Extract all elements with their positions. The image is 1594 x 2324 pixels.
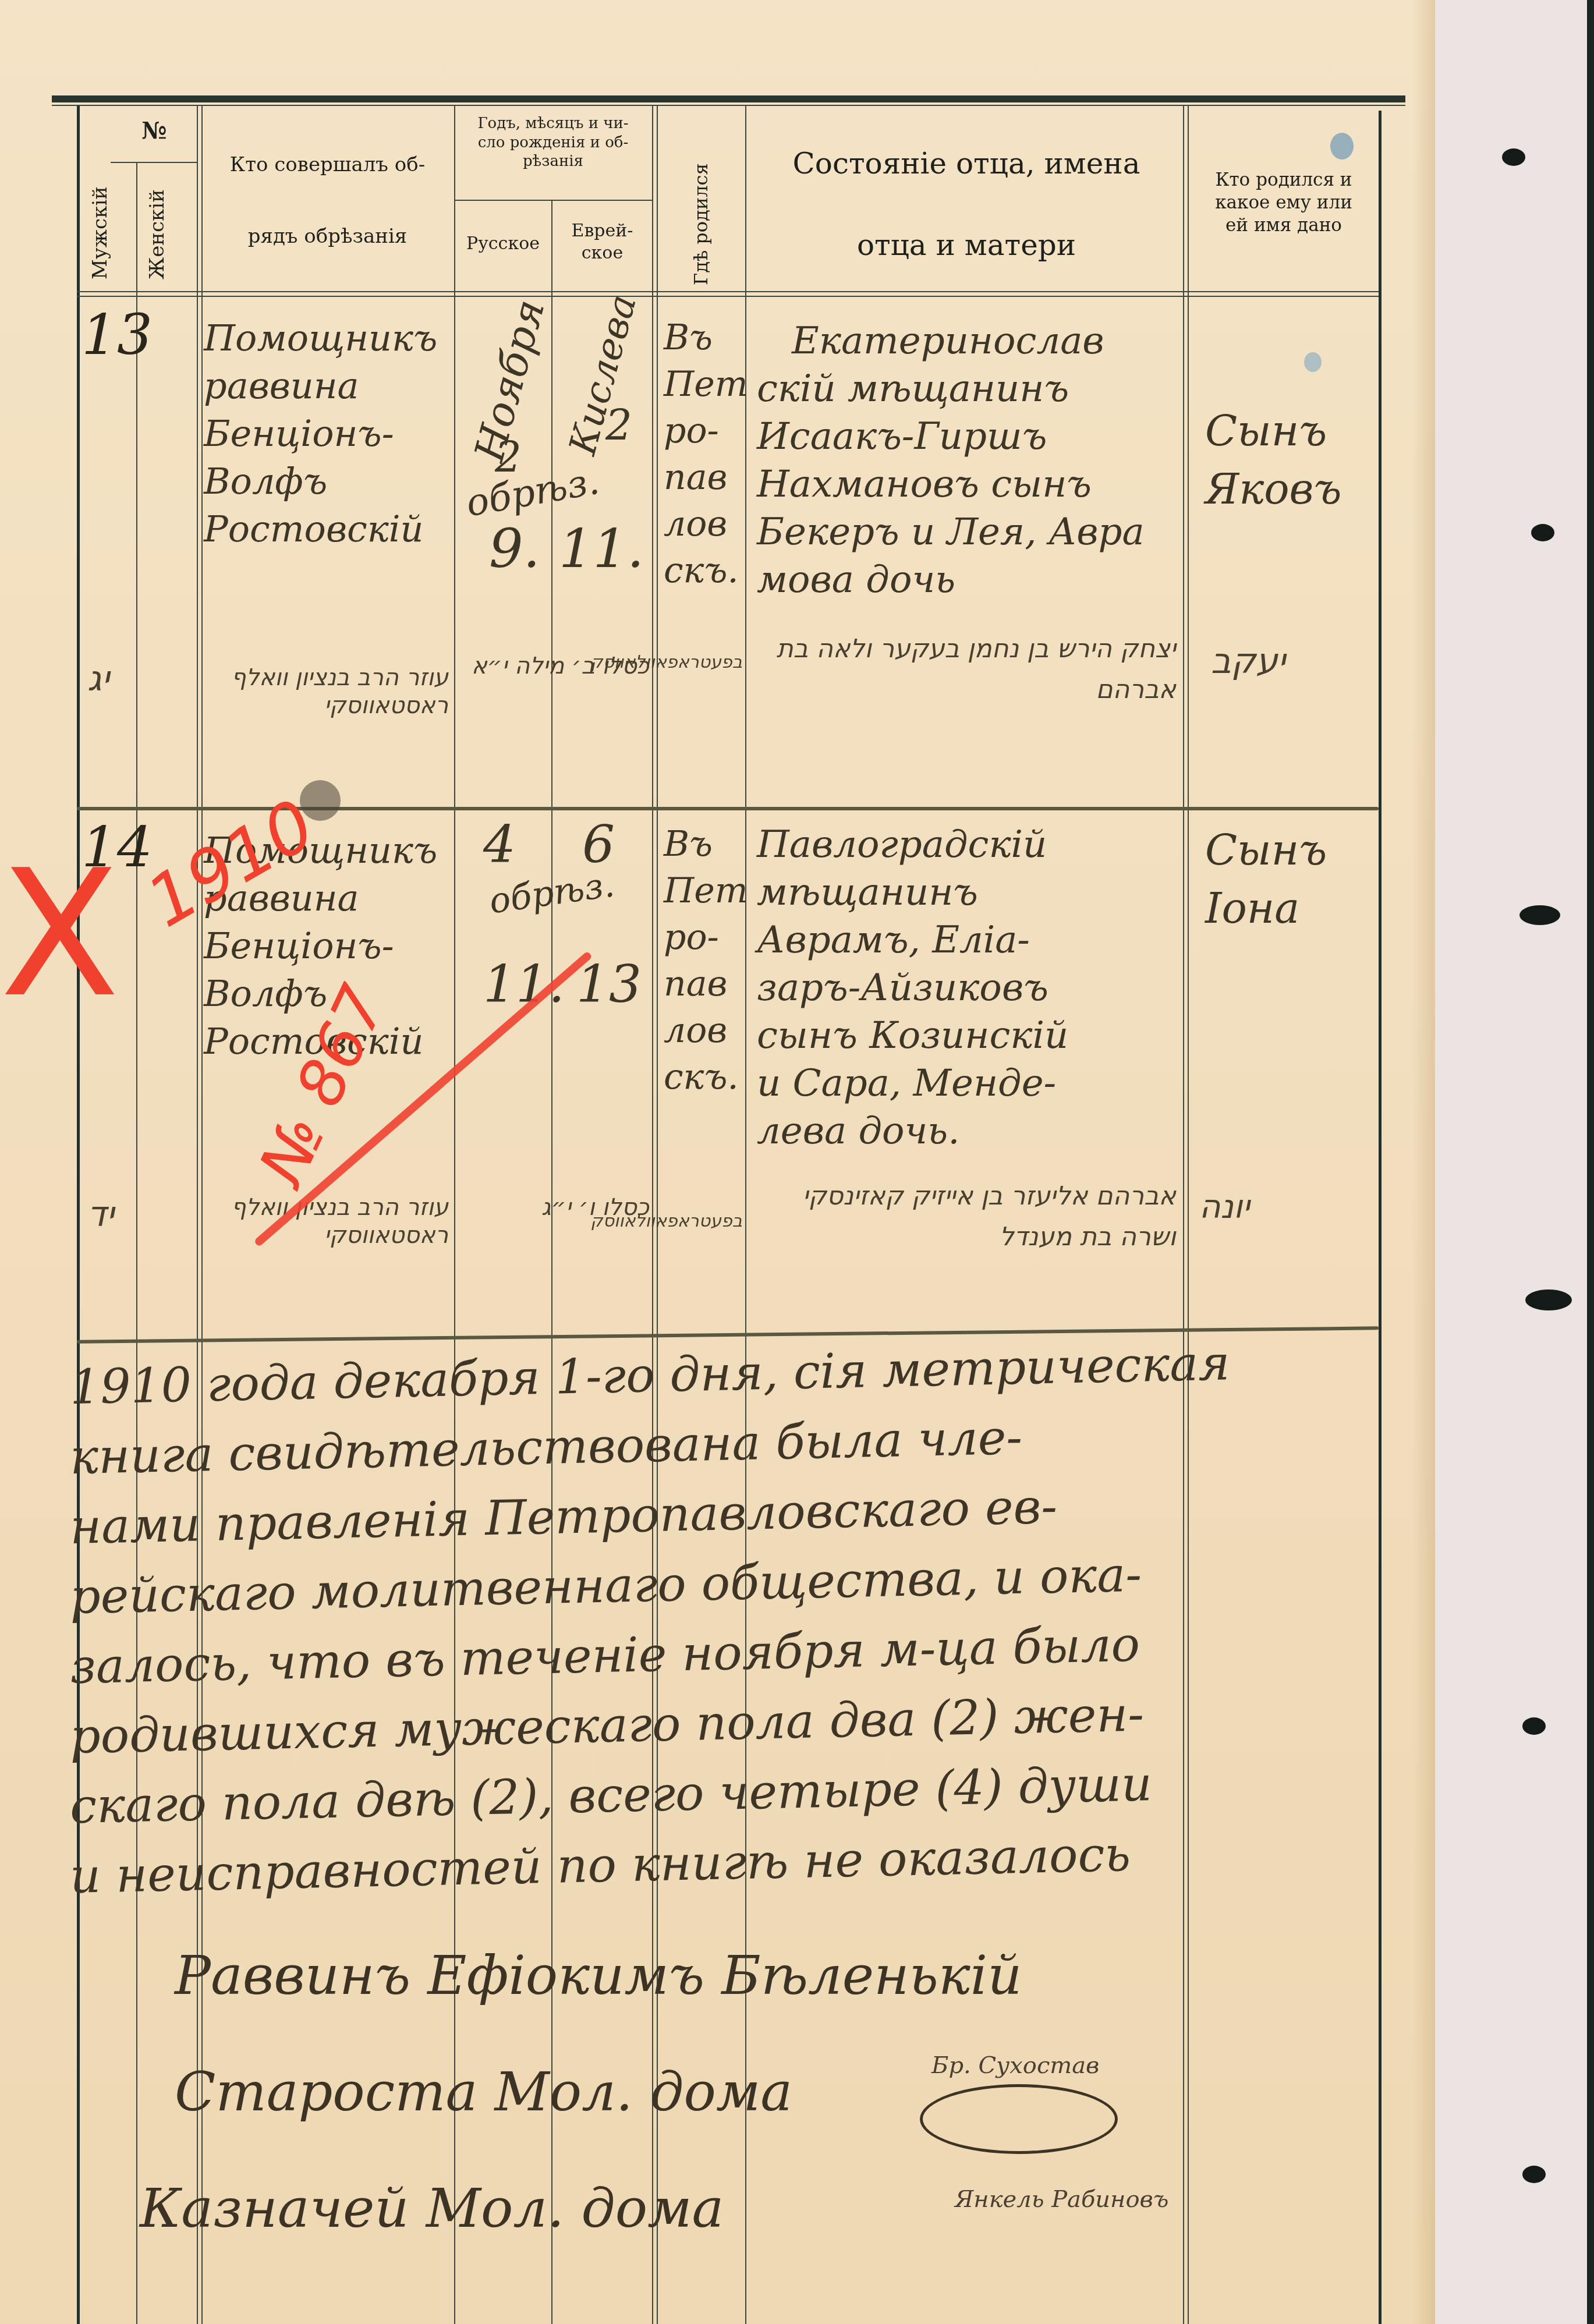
punch-hole — [1522, 2166, 1546, 2183]
entry-14-hebrew-number: יד — [87, 1193, 114, 1235]
date-subrule — [454, 200, 652, 201]
col-line-parents — [1183, 106, 1184, 2324]
entry-13-hebrew-circ-day: 11. — [559, 518, 644, 580]
entry-14-child: Сынъ Іона — [1205, 821, 1327, 937]
entry-13-parents: Екатеринослав скій мѣщанинъ Исаакъ-Гиршъ… — [757, 317, 1145, 604]
russian-date-header: Русское — [456, 233, 550, 255]
col-line-gender — [136, 163, 137, 2324]
top-thin-rule — [52, 105, 1405, 106]
number-header: № — [116, 116, 192, 146]
punch-hole — [1502, 148, 1525, 166]
header-bottom-rule-b — [77, 296, 1379, 297]
header-bottom-rule — [77, 291, 1379, 292]
table-left-border — [77, 106, 80, 2324]
punch-hole — [1525, 1289, 1572, 1310]
punch-hole — [1522, 1717, 1546, 1735]
entry-13-birthplace: Въ Пет ро- пав лов скъ. — [664, 314, 748, 594]
ink-blot — [1304, 352, 1322, 372]
entry-14-parents: Павлоградскій мѣщанинъ Аврамъ, Еліа- зар… — [757, 821, 1068, 1155]
rabbi-signature: Раввинъ Ефіокимъ Бѣленькій — [175, 1944, 1022, 2007]
warden-flourish — [920, 2084, 1118, 2154]
parents-header-2: отца и матери — [751, 227, 1182, 264]
entry-14-hebrew-parents: אברהם אליעזר בן אייזיק קאזינסקי ושרה בת … — [757, 1176, 1176, 1257]
entry-13-hebrew-child: יעקב — [1211, 640, 1285, 682]
red-cross-mark: X — [0, 832, 120, 1036]
performer-header: Кто совершалъ об- — [204, 153, 451, 178]
punch-hole — [1519, 905, 1560, 925]
child-header: Кто родился и какое ему или ей имя дано — [1191, 169, 1377, 236]
certification-text: 1910 года декабря 1-го дня, сія метричес… — [70, 1339, 1409, 1898]
entry-13-performer: Помощникъ раввина Бенціонъ- Волфъ Ростов… — [204, 314, 437, 553]
treasurer-signature: Янкель Рабиновъ — [955, 2186, 1168, 2213]
entry-13-number: 13 — [82, 303, 153, 367]
entry-14-hebrew-day: 6 — [582, 815, 615, 874]
entry-13-hebrew-number: יג — [87, 658, 109, 700]
entry-14-hebrew-circ-day: 13 — [576, 955, 642, 1014]
entry-13-hebrew-parents: יצחק הירש בן נחמן בעקער ולאה בת אברהם — [757, 629, 1176, 710]
performer-header-2: рядъ обрѣзанія — [204, 224, 451, 249]
date-header: Годъ, мѣсяцъ и чи- сло рожденія и об- рѣ… — [456, 114, 650, 171]
warden-signature: Бр. Сухостав — [931, 2052, 1099, 2079]
male-header: Мужскій — [88, 186, 112, 279]
number-subrule — [111, 162, 197, 163]
entry-14-hebrew-birthplace: בפעטראפאוולאווסק — [661, 1211, 742, 1232]
entry-14-russian-day: 4 — [483, 815, 516, 874]
col-line-parents-b — [1188, 106, 1189, 2324]
ink-smudge — [300, 780, 341, 821]
entry-13-hebrew-day: 2 — [605, 402, 632, 450]
parents-header: Состояніе отца, имена — [751, 146, 1182, 182]
hebrew-date-header: Еврей- ское — [554, 220, 650, 264]
treasurer-role: Казначей Мол. дома — [140, 2177, 724, 2240]
punch-hole — [1531, 524, 1554, 541]
warden-role: Староста Мол. дома — [175, 2061, 792, 2123]
scan-edge — [1587, 0, 1594, 2324]
ink-blot — [1330, 133, 1354, 160]
entry-14-hebrew-child: יונה — [1199, 1188, 1250, 1227]
binding-strip — [1435, 0, 1594, 2324]
entry-14-hebrew-performer: עוזר הרב בנציון וואלף ראסטאווסקי — [210, 1193, 448, 1249]
top-rule — [52, 95, 1405, 102]
entry-13-circumcision-day: 9. — [489, 518, 540, 580]
entry-13-hebrew-birthplace: בפעטראפאוולאווסק — [661, 652, 742, 673]
female-header: Женскій — [146, 189, 169, 279]
table-right-border — [1379, 111, 1382, 2324]
entry-13-child: Сынъ Яковъ — [1205, 402, 1341, 518]
entry-13-hebrew-performer: עוזר הרב בנציון וואלף ראסטאווסקי — [210, 664, 448, 720]
entry-14-birthplace: Въ Пет ро- пав лов скъ. — [664, 821, 748, 1100]
birthplace-header: Гдѣ родился — [690, 163, 712, 285]
